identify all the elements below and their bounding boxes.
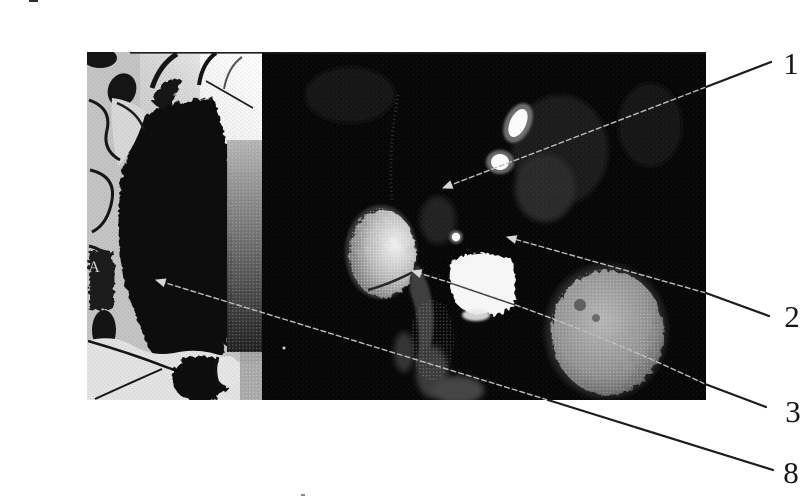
right-dark-panel [258, 52, 706, 404]
gray-oval-structure [345, 205, 417, 299]
figure-artwork [0, 0, 800, 497]
figure-canvas: 1 2 3 8 A [0, 0, 800, 497]
small-bright-dot [450, 231, 463, 244]
callout-label-2: 2 [781, 300, 800, 334]
callout-label-8: 8 [780, 456, 800, 490]
photo-figure [83, 48, 706, 404]
speck [283, 347, 286, 350]
lead-line-2-outer [706, 293, 769, 316]
lead-line-1-outer [706, 62, 771, 87]
callout-label-3: 3 [782, 395, 800, 429]
lead-line-8-outer [548, 400, 773, 470]
callout-label-1: 1 [780, 47, 800, 81]
scan-artifact-top [29, 0, 38, 2]
lead-line-3-outer [705, 384, 766, 407]
orientation-marker: A [86, 260, 102, 276]
scan-artifact-bottom [301, 494, 305, 496]
gray-sphere-structure [545, 264, 667, 398]
